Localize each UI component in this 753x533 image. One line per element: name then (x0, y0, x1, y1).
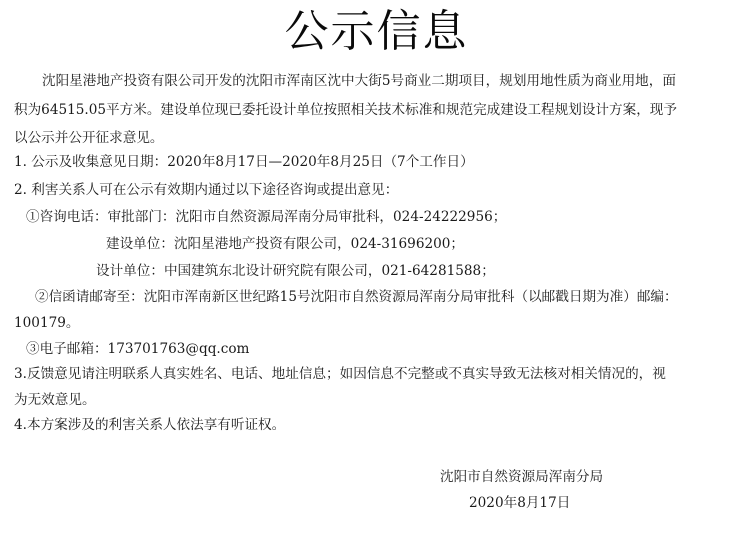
consult-phone-approval-dept: ①咨询电话：审批部门：沈阳市自然资源局浑南分局审批科，024-24222956； (26, 207, 506, 227)
item-4-hearing-right: 4.本方案涉及的利害关系人依法享有听证权。 (14, 415, 285, 435)
item-3-line-1: 3.反馈意见请注明联系人真实姓名、电话、地址信息；如因信息不完整或不真实导致无法… (14, 364, 666, 384)
intro-line-2: 积为64515.05平方米。建设单位现已委托设计单位按照相关技术标准和规范完成建… (14, 100, 677, 120)
consult-phone-builder: 建设单位：沈阳星港地产投资有限公司，024-31696200； (106, 234, 464, 254)
mail-address-line-1: ②信函请邮寄至：沈阳市浑南新区世纪路15号沈阳市自然资源局浑南分局审批科（以邮戳… (35, 287, 678, 307)
signature-date: 2020年8月17日 (469, 493, 570, 513)
consult-phone-designer: 设计单位：中国建筑东北设计研究院有限公司，021-64281588； (96, 261, 495, 281)
item-1-publicity-period: 1. 公示及收集意见日期：2020年8月17日—2020年8月25日（7个工作日… (14, 152, 474, 172)
email-contact: ③电子邮箱：173701763@qq.com (26, 339, 249, 359)
page-title: 公示信息 (0, 4, 753, 60)
item-3-line-2: 为无效意见。 (14, 390, 96, 410)
signature-organization: 沈阳市自然资源局浑南分局 (440, 467, 603, 487)
item-2-consultation-channels: 2. 利害关系人可在公示有效期内通过以下途径咨询或提出意见： (14, 180, 398, 200)
mail-address-line-2: 100179。 (14, 313, 80, 333)
intro-line-3: 以公示并公开征求意见。 (14, 128, 164, 148)
intro-line-1: 沈阳星港地产投资有限公司开发的沈阳市浑南区沈中大街5号商业二期项目，规划用地性质… (42, 71, 676, 91)
